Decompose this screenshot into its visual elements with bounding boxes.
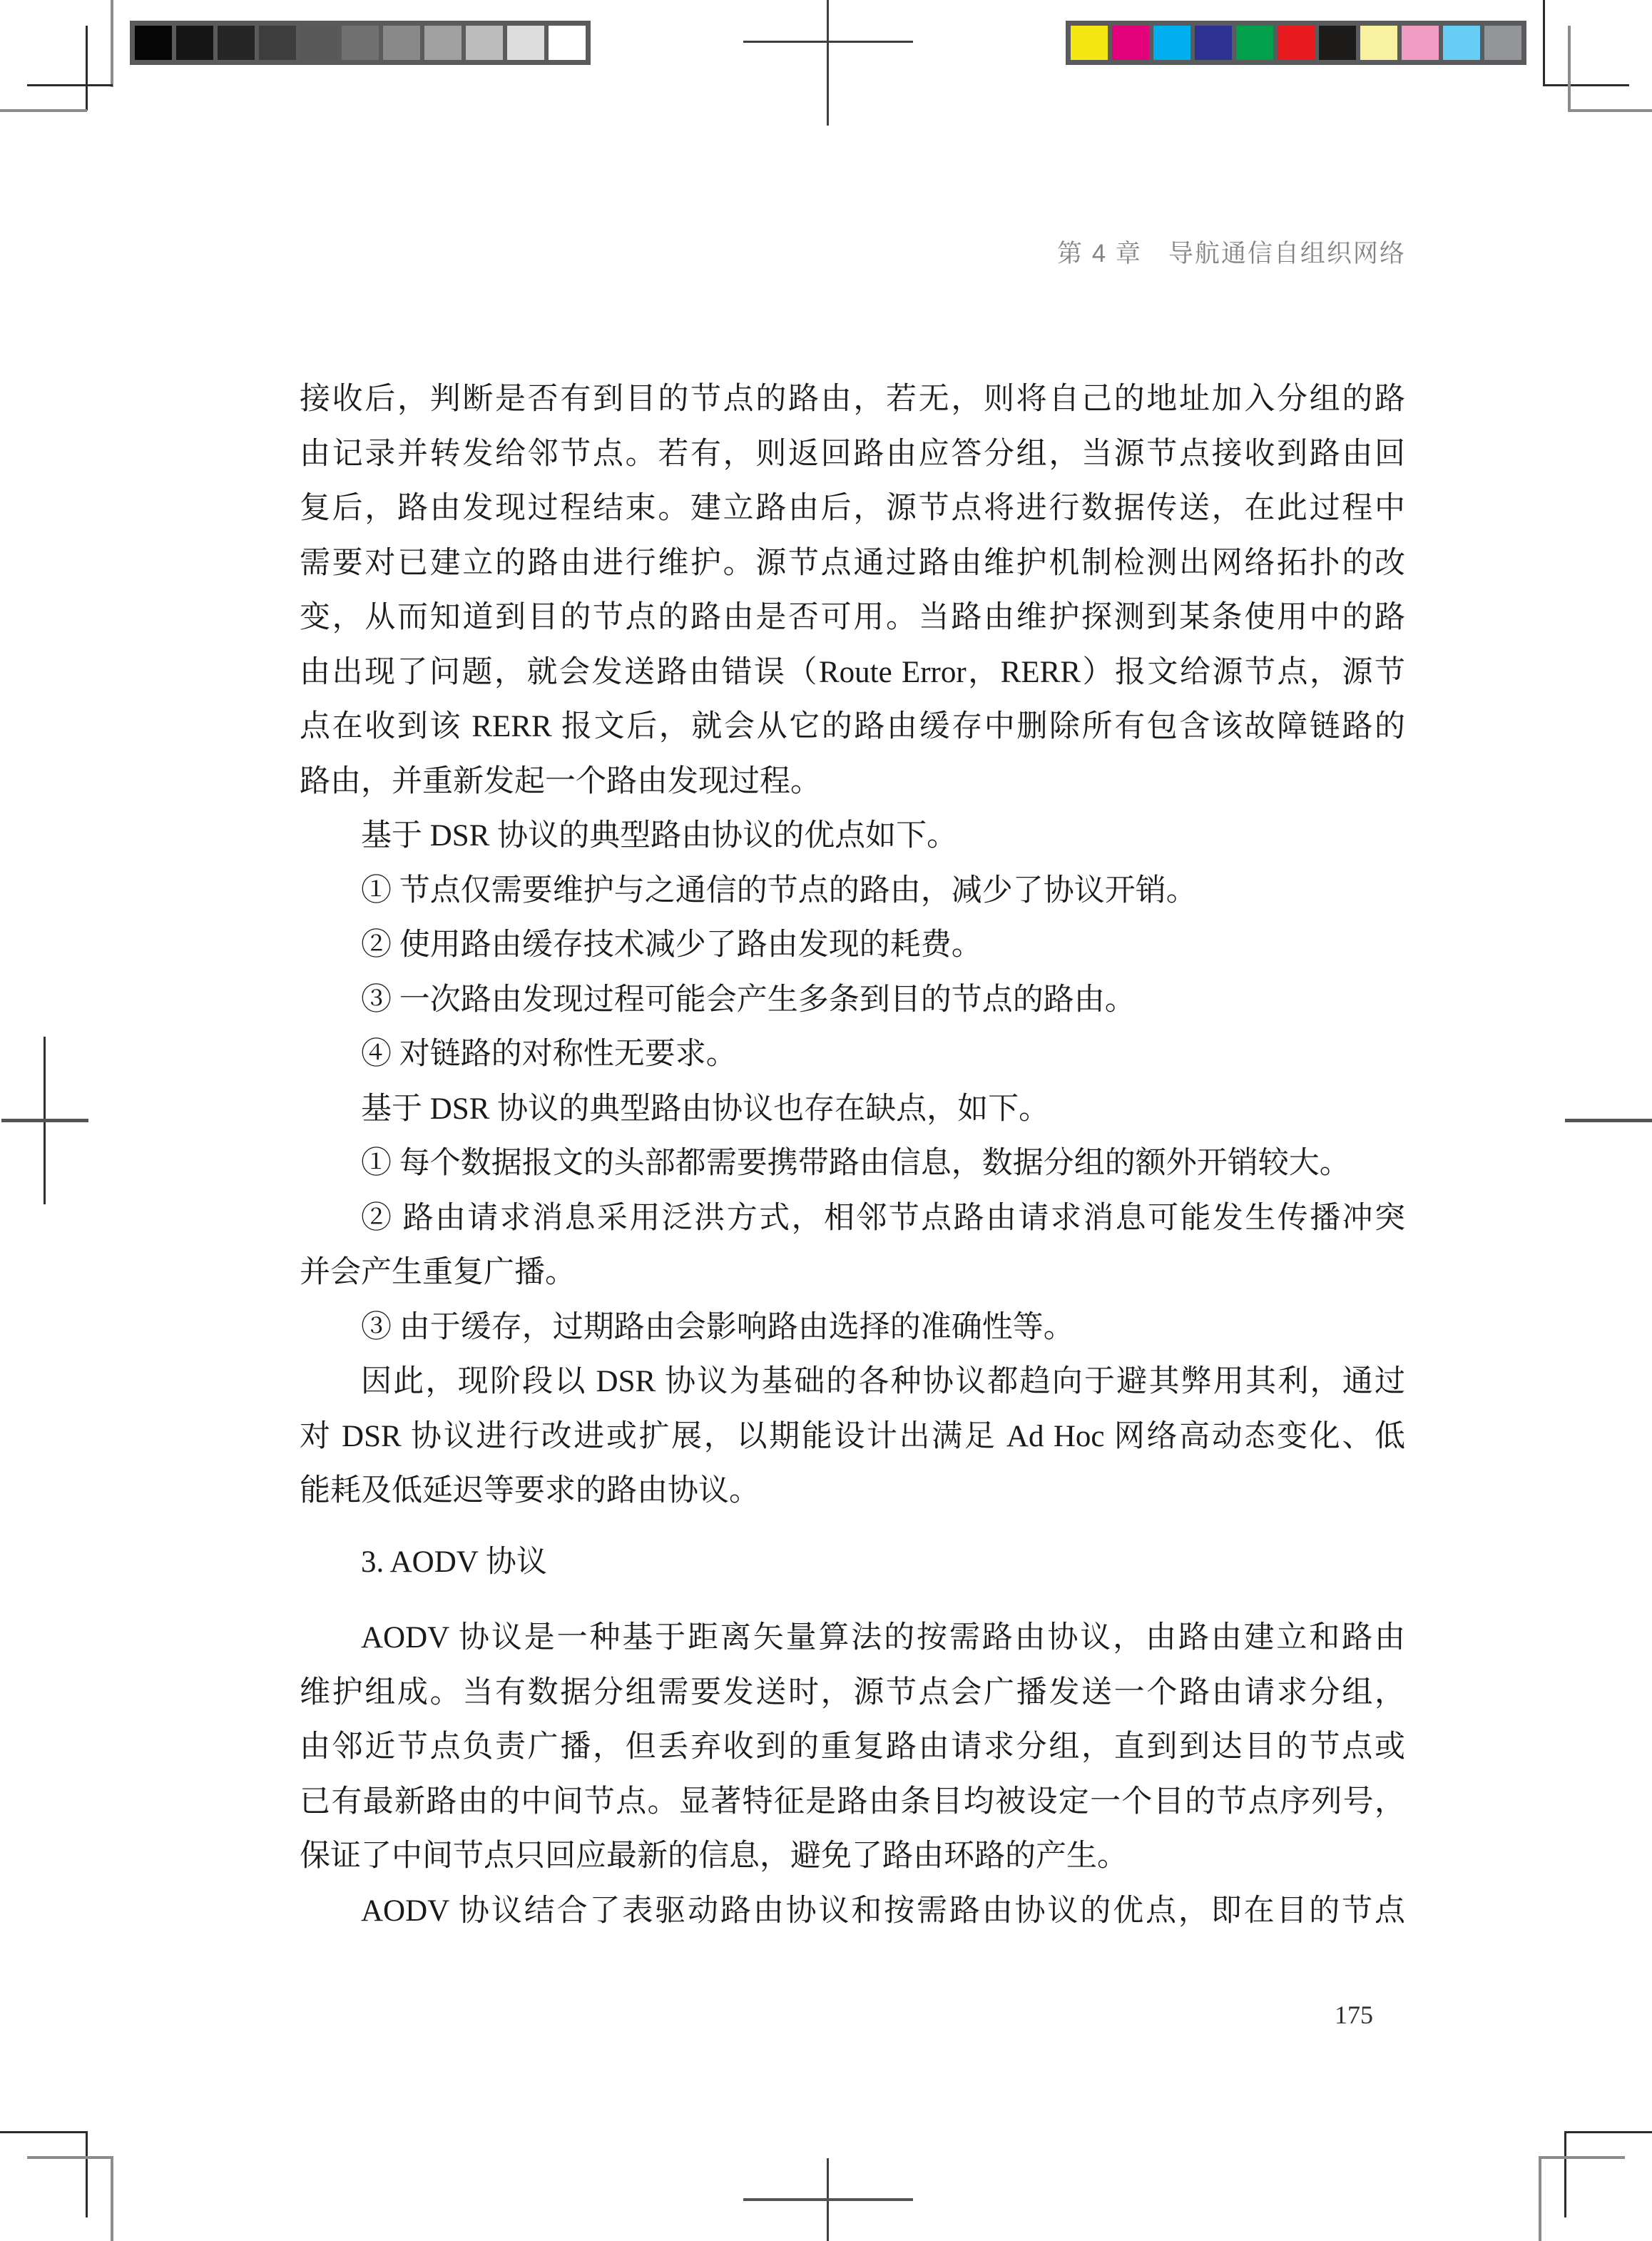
text-line: ③ 一次路由发现过程可能会产生多条到目的节点的路由。 (300, 973, 1405, 1028)
text-line: 基于 DSR 协议的典型路由协议的优点如下。 (300, 809, 1405, 864)
text-line: 由出现了问题，就会发送路由错误（Route Error，RERR）报文给源节点，… (300, 646, 1405, 701)
color-swatch (1484, 26, 1521, 60)
page-number: 175 (300, 2002, 1373, 2028)
grayscale-swatch (135, 26, 172, 60)
registration-mark (827, 0, 829, 126)
color-swatch (1236, 26, 1273, 60)
text-line: 保证了中间节点只回应最新的信息，避免了路由环路的产生。 (300, 1829, 1405, 1884)
text-line: 接收后，判断是否有到目的节点的路由，若无，则将自己的地址加入分组的路 (300, 372, 1405, 427)
text-line: 因此，现阶段以 DSR 协议为基础的各种协议都趋向于避其弊用其利，通过 (300, 1355, 1405, 1410)
text-line: 能耗及低延迟等要求的路由协议。 (300, 1464, 1405, 1519)
grayscale-swatch (507, 26, 544, 60)
crop-mark (1539, 2156, 1541, 2241)
text-line: 已有最新路由的中间节点。显著特征是路由条目均被设定一个目的节点序列号， (300, 1775, 1405, 1830)
registration-mark (743, 2198, 913, 2201)
text-line: ④ 对链路的对称性无要求。 (300, 1027, 1405, 1082)
grayscale-swatch (176, 26, 213, 60)
grayscale-swatch (549, 26, 586, 60)
color-swatch (1071, 26, 1108, 60)
text-line: 点在收到该 RERR 报文后，就会从它的路由缓存中删除所有包含该故障链路的 (300, 700, 1405, 755)
grayscale-swatch (218, 26, 255, 60)
color-swatch (1195, 26, 1232, 60)
crop-mark (1565, 2131, 1652, 2133)
crop-mark (111, 0, 113, 87)
grayscale-swatch (424, 26, 462, 60)
grayscale-swatch (342, 26, 379, 60)
text-line: 路由，并重新发起一个路由发现过程。 (300, 755, 1405, 810)
grayscale-swatch (383, 26, 420, 60)
color-calibration-bar (1066, 21, 1526, 65)
crop-mark (86, 26, 88, 111)
text-line: 基于 DSR 协议的典型路由协议也存在缺点，如下。 (300, 1082, 1405, 1137)
registration-mark (1565, 1119, 1652, 1122)
text-line: 由邻近节点负责广播，但丢弃收到的重复路由请求分组，直到到达目的节点或 (300, 1720, 1405, 1775)
scanned-book-page: 第 4 章 导航通信自组织网络 接收后，判断是否有到目的节点的路由，若无，则将自… (0, 0, 1652, 2241)
crop-mark (1568, 26, 1571, 111)
text-line: 对 DSR 协议进行改进或扩展，以期能设计出满足 Ad Hoc 网络高动态变化、… (300, 1410, 1405, 1465)
registration-mark (1, 1119, 88, 1122)
grayscale-swatch (466, 26, 503, 60)
running-head: 第 4 章 导航通信自组织网络 (1057, 241, 1485, 266)
text-line: ③ 由于缓存，过期路由会影响路由选择的准确性等。 (300, 1301, 1405, 1356)
paragraph-block-1: 接收后，判断是否有到目的节点的路由，若无，则将自己的地址加入分组的路由记录并转发… (300, 372, 1405, 1519)
paragraph-block-2: AODV 协议是一种基于距离矢量算法的按需路由协议，由路由建立和路由维护组成。当… (300, 1611, 1405, 1938)
text-line: AODV 协议结合了表驱动路由协议和按需路由协议的优点，即在目的节点 (300, 1884, 1405, 1939)
grayscale-swatch (300, 26, 337, 60)
color-swatch (1443, 26, 1480, 60)
text-line: ② 使用路由缓存技术减少了路由发现的耗费。 (300, 918, 1405, 973)
section-heading: 3. AODV 协议 (300, 1535, 1405, 1590)
text-line: 由记录并转发给邻节点。若有，则返回路由应答分组，当源节点接收到路由回 (300, 427, 1405, 482)
crop-mark (1564, 2131, 1566, 2217)
grayscale-swatch (259, 26, 296, 60)
text-line: 维护组成。当有数据分组需要发送时，源节点会广播发送一个路由请求分组， (300, 1666, 1405, 1721)
text-line: 需要对已建立的路由进行维护。源节点通过路由维护机制检测出网络拓扑的改 (300, 537, 1405, 591)
text-line: ① 每个数据报文的头部都需要携带路由信息，数据分组的额外开销较大。 (300, 1137, 1405, 1191)
text-line: ① 节点仅需要维护与之通信的节点的路由，减少了协议开销。 (300, 864, 1405, 919)
crop-mark (1543, 84, 1629, 86)
crop-mark (0, 109, 87, 112)
color-swatch (1112, 26, 1149, 60)
color-swatch (1319, 26, 1356, 60)
text-line: 复后，路由发现过程结束。建立路由后，源节点将进行数据传送，在此过程中 (300, 482, 1405, 537)
crop-mark (1539, 2156, 1625, 2159)
crop-mark (111, 2156, 113, 2241)
color-swatch (1153, 26, 1190, 60)
crop-mark (1568, 109, 1652, 112)
text-line: 并会产生重复广播。 (300, 1246, 1405, 1301)
grayscale-calibration-bar (130, 21, 591, 65)
crop-mark (27, 84, 113, 86)
color-swatch (1402, 26, 1439, 60)
text-line: ② 路由请求消息采用泛洪方式，相邻节点路由请求消息可能发生传播冲突 (300, 1191, 1405, 1246)
crop-mark (1543, 0, 1545, 86)
crop-mark (27, 2156, 113, 2159)
registration-mark (743, 41, 913, 43)
text-line: AODV 协议是一种基于距离矢量算法的按需路由协议，由路由建立和路由 (300, 1611, 1405, 1666)
color-swatch (1360, 26, 1397, 60)
color-swatch (1278, 26, 1315, 60)
crop-mark (0, 2131, 87, 2133)
crop-mark (86, 2131, 88, 2217)
text-line: 变，从而知道到目的节点的路由是否可用。当路由维护探测到某条使用中的路 (300, 591, 1405, 646)
